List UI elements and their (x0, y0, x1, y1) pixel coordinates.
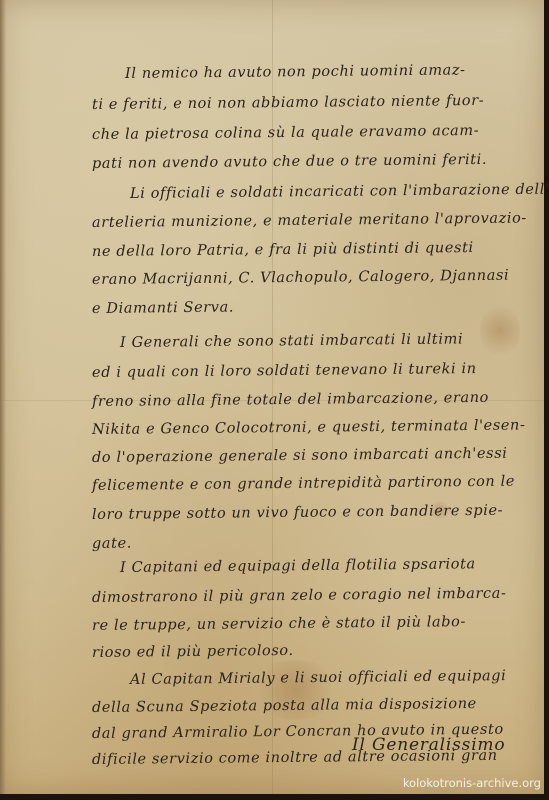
text-line: della Scuna Speziota posta alla mia disp… (92, 696, 477, 716)
text-line: Il nemico ha avuto non pochi uomini amaz… (125, 62, 466, 82)
text-line: ti e feriti, e noi non abbiamo lasciato … (92, 93, 484, 113)
text-line: Al Capitan Mirialy e li suoi officiali e… (130, 668, 506, 688)
text-line: felicemente e con grande intrepidità par… (92, 474, 515, 494)
text-line: ed i quali con li loro soldati tenevano … (92, 361, 477, 381)
text-line: Li officiali e soldati incaricati con l'… (130, 182, 549, 202)
text-line: loro truppe sotto un vivo fuoco e con ba… (92, 503, 503, 523)
text-line: e Diamanti Serva. (92, 300, 234, 317)
stain (480, 300, 520, 360)
text-line: artelieria munizione, e materiale merita… (92, 210, 527, 231)
text-line: ne della loro Patria, e fra li più disti… (92, 240, 474, 260)
text-line: do l'operazione generale si sono imbarca… (92, 446, 508, 466)
text-line: re le truppe, un servizio che è stato il… (92, 614, 466, 634)
text-line: pati non avendo avuto che due o tre uomi… (92, 152, 487, 172)
text-line: rioso ed il più pericoloso. (92, 643, 294, 661)
signature: Il Generalissimo (352, 735, 505, 755)
text-line: freno sino alla fine totale del imbarcaz… (92, 390, 489, 410)
watermark: kolokotronis-archive.org (403, 776, 541, 790)
text-line: erano Macrijanni, C. Vlachopulo, Caloger… (92, 268, 509, 288)
text-line: I Generali che sono stati imbarcati li u… (120, 331, 463, 351)
document-page: Il nemico ha avuto non pochi uomini amaz… (0, 0, 544, 794)
text-line: I Capitani ed equipagi della flotilia sp… (120, 556, 476, 576)
text-line: gate. (92, 536, 132, 552)
text-line: Nikita e Genco Colocotroni, e questi, te… (92, 417, 526, 438)
text-line: che la pietrosa colina sù la quale erava… (92, 123, 479, 143)
text-line: dimostrarono il più gran zelo e coragio … (92, 586, 507, 606)
